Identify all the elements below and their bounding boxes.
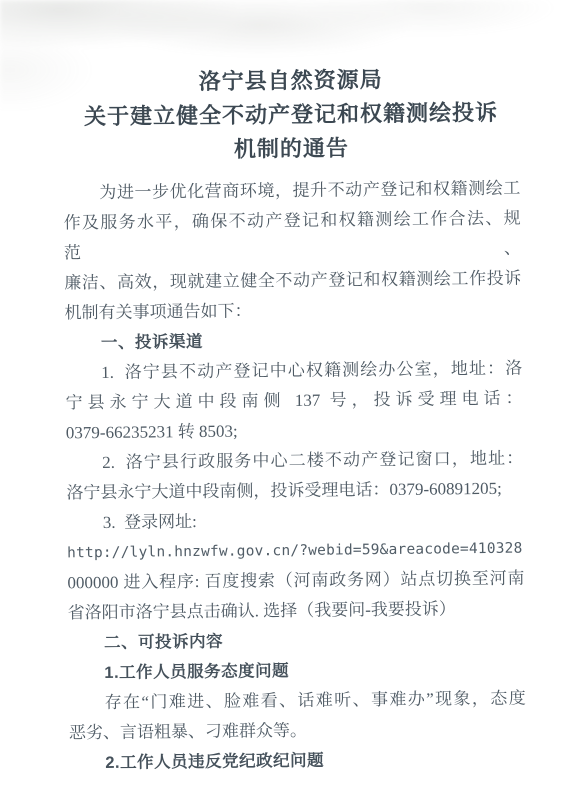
intro-line-3: 廉洁、高效，现就建立健全不动产登记和权籍测绘工作投诉 <box>64 264 521 299</box>
section-heading-complaint-channels: 一、投诉渠道 <box>65 324 522 359</box>
title-line-3: 机制的通告 <box>63 130 520 169</box>
channel-item-1-line-1: 1. 洛宁县不动产登记中心权籍测绘办公室，地址：洛 <box>65 354 522 389</box>
channel-item-1-phone: 0379-66235231 转 8503; <box>66 414 523 449</box>
channel-item-3-line-2: 000000 进入程序: 百度搜索（河南政务网）站点切换至河南 <box>67 564 524 599</box>
document-title: 洛宁县自然资源局 关于建立健全不动产登记和权籍测绘投诉 机制的通告 <box>62 62 520 169</box>
document: 洛宁县自然资源局 关于建立健全不动产登记和权籍测绘投诉 机制的通告 为进一步优化… <box>62 62 526 779</box>
channel-item-3-line-3: 省洛阳市洛宁县点击确认. 选择（我要问-我要投诉） <box>68 594 525 629</box>
title-line-1: 洛宁县自然资源局 <box>62 62 519 101</box>
channel-item-2-line-2: 洛宁县永宁大道中段南侧，投诉受理电话：0379-60891205; <box>66 474 523 509</box>
service-attitude-line-2: 恶劣、言语粗暴、刁难群众等。 <box>69 714 526 749</box>
scanned-notice-page: 洛宁县自然资源局 关于建立健全不动产登记和权籍测绘投诉 机制的通告 为进一步优化… <box>0 0 581 800</box>
channel-item-1-line-2: 宁县永宁大道中段南侧 137 号，投诉受理电话： <box>65 384 522 419</box>
intro-line-1: 为进一步优化营商环境，提升不动产登记和权籍测绘工 <box>63 174 520 209</box>
channel-item-3-label: 3. 登录网址: <box>67 504 524 539</box>
service-attitude-line-1: 存在“门难进、脸难看、话难听、事难办”现象，态度 <box>69 684 526 719</box>
subsection-heading-service-attitude: 1.工作人员服务态度问题 <box>68 654 525 689</box>
document-body: 为进一步优化营商环境，提升不动产登记和权籍测绘工 作及服务水平，确保不动产登记和… <box>63 174 526 779</box>
intro-line-4: 机制有关事项通告如下： <box>64 294 521 329</box>
complaint-website-url: http://lyln.hnzwfw.gov.cn/?webid=59&area… <box>67 534 524 569</box>
intro-line-2: 作及服务水平，确保不动产登记和权籍测绘工作合法、规范、 <box>63 204 521 269</box>
subsection-heading-discipline-violation: 2.工作人员违反党纪政纪问题 <box>69 744 526 779</box>
title-line-2: 关于建立健全不动产登记和权籍测绘投诉 <box>62 96 519 135</box>
section-heading-complaint-content: 二、可投诉内容 <box>68 624 525 659</box>
channel-item-2-line-1: 2. 洛宁县行政服务中心二楼不动产登记窗口，地址： <box>66 444 523 479</box>
